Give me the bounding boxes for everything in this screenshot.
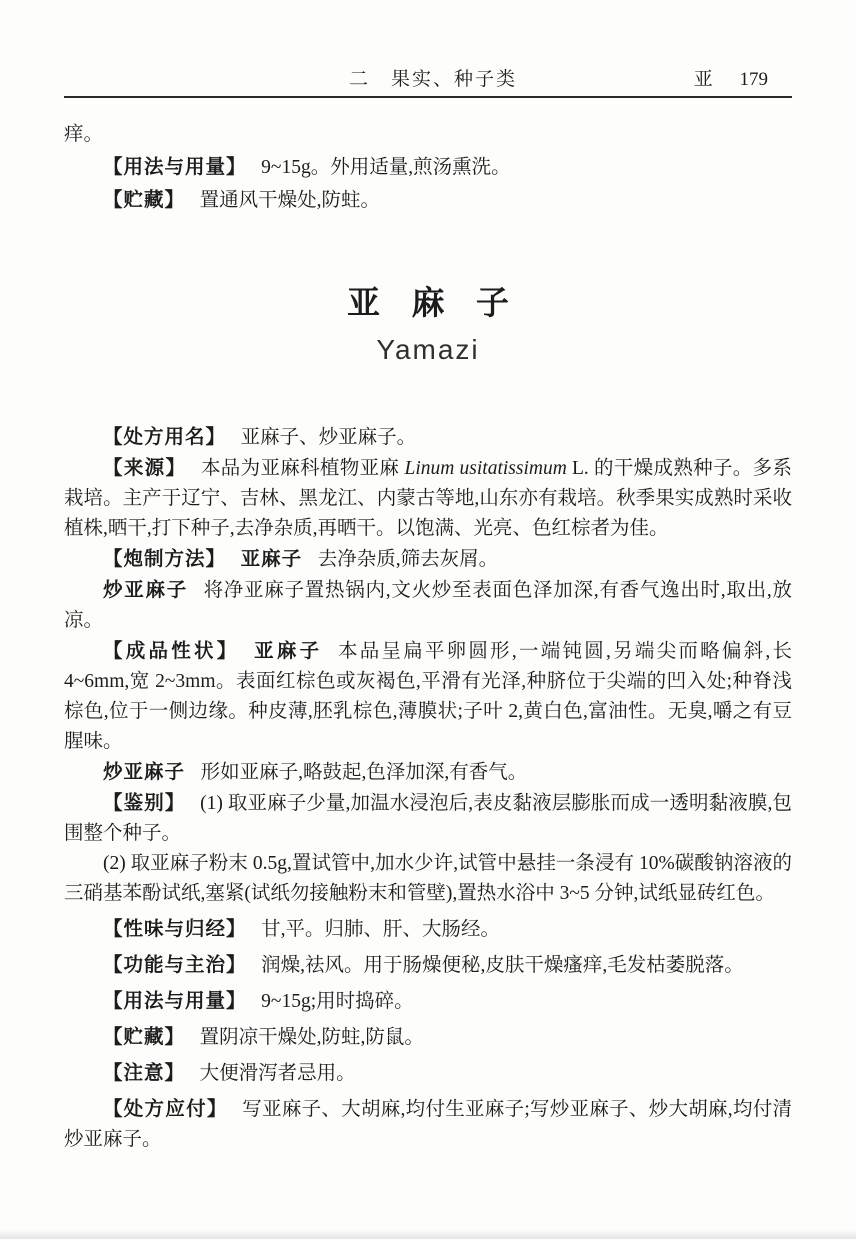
section-xingwei: 【性味与归经】甘,平。归肺、肝、大肠经。 bbox=[64, 914, 792, 945]
section-text: 去净杂质,筛去灰屑。 bbox=[318, 549, 498, 570]
section-text: 润燥,祛风。用于肠燥便秘,皮肤干燥瘙痒,毛发枯萎脱落。 bbox=[261, 955, 744, 976]
section-text: 9~15g。外用适量,煎汤熏洗。 bbox=[261, 157, 510, 178]
subhead-chaoyamazi: 炒亚麻子 bbox=[103, 579, 188, 601]
running-header: 二 果实、种子类 亚 179 bbox=[64, 64, 792, 98]
carryover-text: 痒。 【用法与用量】9~15g。外用适量,煎汤熏洗。 【贮藏】置通风干燥处,防蛀… bbox=[64, 118, 792, 217]
section-label: 【鉴别】 bbox=[103, 792, 185, 814]
section-zhuyi: 【注意】大便滑泻者忌用。 bbox=[64, 1058, 792, 1089]
monograph-title-block: 亚麻子 Yamazi bbox=[64, 277, 792, 366]
page-content: 二 果实、种子类 亚 179 痒。 【用法与用量】9~15g。外用适量,煎汤熏洗… bbox=[0, 64, 856, 1155]
carryover-storage-paragraph: 【贮藏】置通风干燥处,防蛀。 bbox=[64, 184, 792, 217]
section-text: 置阴凉干燥处,防蛀,防鼠。 bbox=[200, 1027, 424, 1048]
section-laiyuan: 【来源】本品为亚麻科植物亚麻 Linum usitatissimum L. 的干… bbox=[64, 453, 792, 544]
section-label: 【处方应付】 bbox=[103, 1098, 228, 1120]
scan-edge-shadow bbox=[0, 1230, 856, 1239]
corner-index-word: 亚 bbox=[694, 69, 713, 90]
latin-species-name: Linum usitatissimum bbox=[404, 458, 566, 479]
section-label: 【来源】 bbox=[103, 457, 186, 479]
section-chengpinxingzhuang: 【成品性状】亚麻子本品呈扁平卵圆形,一端钝圆,另端尖而略偏斜,长 4~6mm,宽… bbox=[64, 636, 792, 757]
section-text: (2) 取亚麻子粉末 0.5g,置试管中,加水少许,试管中悬挂一条浸有 10%碳… bbox=[64, 853, 792, 904]
section-text: 亚麻子、炒亚麻子。 bbox=[241, 427, 417, 448]
section-yongfa: 【用法与用量】9~15g;用时捣碎。 bbox=[64, 986, 792, 1017]
chapter-title: 二 果实、种子类 bbox=[349, 64, 517, 91]
section-label: 【用法与用量】 bbox=[103, 156, 247, 178]
section-jianbie-1: 【鉴别】(1) 取亚麻子少量,加温水浸泡后,表皮黏液层膨胀而成一透明黏液膜,包围… bbox=[64, 788, 792, 849]
subhead-chaoyamazi: 炒亚麻子 bbox=[103, 761, 185, 783]
section-label: 【贮藏】 bbox=[103, 189, 185, 211]
page-number: 179 bbox=[740, 69, 769, 90]
section-chaoyamazi-method: 炒亚麻子将净亚麻子置热锅内,文火炒至表面色泽加深,有香气逸出时,取出,放凉。 bbox=[64, 575, 792, 636]
section-gongneng: 【功能与主治】润燥,祛风。用于肠燥便秘,皮肤干燥瘙痒,毛发枯萎脱落。 bbox=[64, 950, 792, 981]
section-text: 甘,平。归肺、肝、大肠经。 bbox=[261, 919, 500, 940]
section-label: 【功能与主治】 bbox=[103, 954, 247, 976]
section-text: 本品为亚麻科植物亚麻 bbox=[201, 458, 405, 479]
section-paozhifangfa: 【炮制方法】亚麻子去净杂质,筛去灰屑。 bbox=[64, 544, 792, 575]
section-text: 形如亚麻子,略鼓起,色泽加深,有香气。 bbox=[201, 762, 528, 783]
section-label: 【炮制方法】 bbox=[103, 548, 226, 570]
carryover-usage-paragraph: 【用法与用量】9~15g。外用适量,煎汤熏洗。 bbox=[64, 151, 792, 184]
monograph-title: 亚麻子 bbox=[64, 277, 792, 324]
section-text: 9~15g;用时捣碎。 bbox=[261, 991, 413, 1012]
section-label: 【成品性状】 bbox=[103, 640, 239, 662]
section-label: 【用法与用量】 bbox=[103, 990, 247, 1012]
monograph-sections: 【处方用名】亚麻子、炒亚麻子。 【来源】本品为亚麻科植物亚麻 Linum usi… bbox=[64, 422, 792, 1155]
section-text: 置通风干燥处,防蛀。 bbox=[200, 190, 380, 211]
section-label: 【贮藏】 bbox=[103, 1026, 185, 1048]
monograph-pinyin: Yamazi bbox=[64, 334, 792, 366]
section-label: 【处方用名】 bbox=[103, 426, 226, 448]
section-label: 【注意】 bbox=[103, 1062, 185, 1084]
subhead-yamazi: 亚麻子 bbox=[254, 640, 322, 662]
page-corner: 亚 179 bbox=[694, 64, 768, 91]
section-label: 【性味与归经】 bbox=[103, 918, 247, 940]
carryover-tail-line: 痒。 bbox=[64, 118, 792, 151]
section-chaoyamazi-traits: 炒亚麻子形如亚麻子,略鼓起,色泽加深,有香气。 bbox=[64, 757, 792, 788]
section-zhucang: 【贮藏】置阴凉干燥处,防蛀,防鼠。 bbox=[64, 1022, 792, 1053]
section-jianbie-2: (2) 取亚麻子粉末 0.5g,置试管中,加水少许,试管中悬挂一条浸有 10%碳… bbox=[64, 849, 792, 909]
subhead-yamazi: 亚麻子 bbox=[241, 548, 303, 570]
section-chufangyongming: 【处方用名】亚麻子、炒亚麻子。 bbox=[64, 422, 792, 453]
section-text: 大便滑泻者忌用。 bbox=[200, 1063, 356, 1084]
scanned-book-page: 二 果实、种子类 亚 179 痒。 【用法与用量】9~15g。外用适量,煎汤熏洗… bbox=[0, 0, 856, 1239]
section-chufangyingfu: 【处方应付】写亚麻子、大胡麻,均付生亚麻子;写炒亚麻子、炒大胡麻,均付清炒亚麻子… bbox=[64, 1094, 792, 1155]
